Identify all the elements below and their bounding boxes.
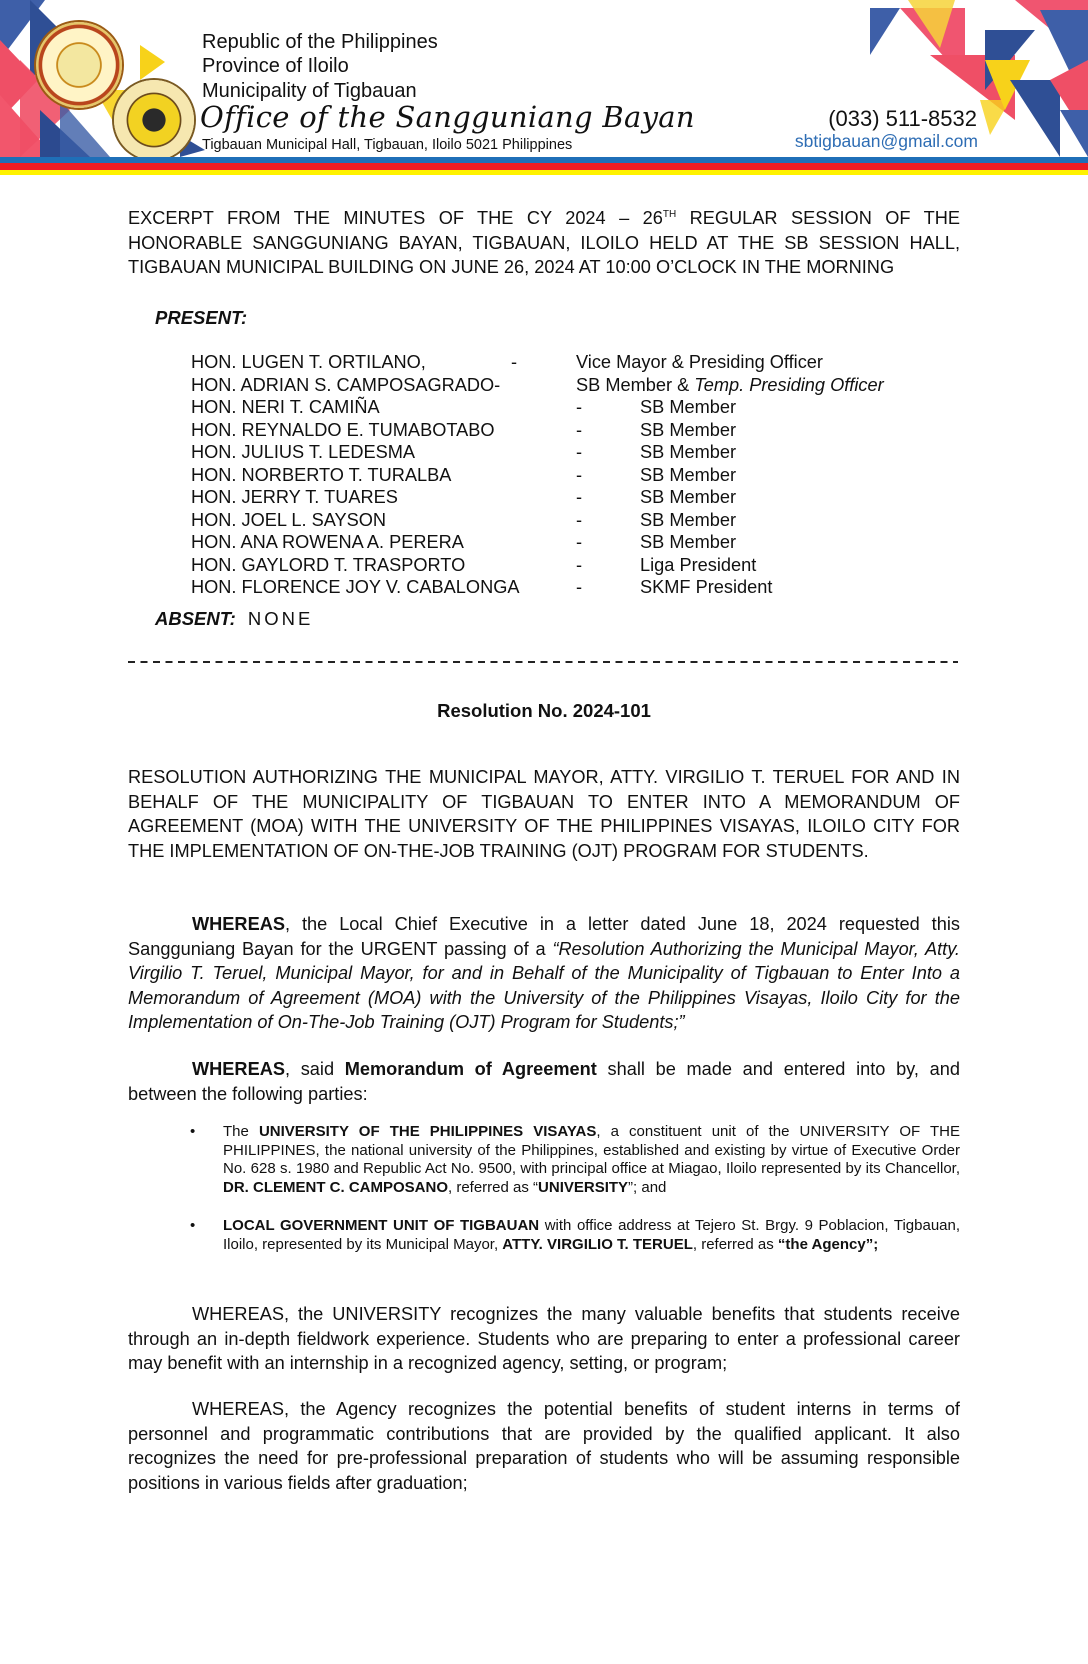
excerpt-text: EXCERPT FROM THE MINUTES OF THE CY 2024 … <box>128 208 663 228</box>
letterhead-province: Province of Iloilo <box>202 55 349 78</box>
roster-row: HON. JOEL L. SAYSON-SB Member <box>191 510 951 533</box>
member-name: HON. ADRIAN S. CAMPOSAGRADO- <box>191 375 500 396</box>
present-label: PRESENT: <box>155 307 247 329</box>
sangguniang-bayan-seal <box>114 80 194 160</box>
member-name: HON. LUGEN T. ORTILANO, <box>191 352 426 373</box>
whereas-clause-4: WHEREAS, the Agency recognizes the poten… <box>128 1397 960 1495</box>
roster-row: HON. ANA ROWENA A. PERERA-SB Member <box>191 532 951 555</box>
member-role: SKMF President <box>640 577 772 598</box>
dash-separator: - <box>576 510 582 531</box>
letterhead-phone: (033) 511-8532 <box>828 106 977 132</box>
member-name: HON. NORBERTO T. TURALBA <box>191 465 451 486</box>
member-name: HON. GAYLORD T. TRASPORTO <box>191 555 465 576</box>
member-role: SB Member & Temp. Presiding Officer <box>576 375 884 396</box>
member-name: HON. FLORENCE JOY V. CABALONGA <box>191 577 519 598</box>
header-band-yellow <box>0 170 1088 175</box>
municipality-seal <box>36 22 122 108</box>
roster-row: HON. JERRY T. TUARES-SB Member <box>191 487 951 510</box>
party-lgu: •LOCAL GOVERNMENT UNIT OF TIGBAUAN with … <box>190 1217 960 1254</box>
whereas-lead: WHEREAS <box>192 1059 285 1079</box>
attendance-roster: HON. LUGEN T. ORTILANO, - Vice Mayor & P… <box>191 352 951 600</box>
roster-row: HON. LUGEN T. ORTILANO, - Vice Mayor & P… <box>191 352 951 375</box>
whereas-lead: WHEREAS <box>192 914 285 934</box>
member-name: HON. ANA ROWENA A. PERERA <box>191 532 464 553</box>
party-text: The <box>223 1123 259 1140</box>
member-role: SB Member <box>640 487 736 508</box>
party-university: •The UNIVERSITY OF THE PHILIPPINES VISAY… <box>190 1123 960 1197</box>
minutes-excerpt-heading: EXCERPT FROM THE MINUTES OF THE CY 2024 … <box>128 203 960 280</box>
member-role: Vice Mayor & Presiding Officer <box>576 352 823 373</box>
dashed-divider <box>128 661 958 663</box>
dash-separator: - <box>576 577 582 598</box>
dash-separator: - <box>576 532 582 553</box>
party-bold: LOCAL GOVERNMENT UNIT OF TIGBAUAN <box>223 1217 539 1234</box>
party-list-item: •The UNIVERSITY OF THE PHILIPPINES VISAY… <box>190 1123 960 1197</box>
member-role: SB Member <box>640 510 736 531</box>
member-role-plain: SB Member & <box>576 375 694 395</box>
resolution-title: RESOLUTION AUTHORIZING THE MUNICIPAL MAY… <box>128 765 960 863</box>
whereas-clause-2: WHEREAS, said Memorandum of Agreement sh… <box>128 1057 960 1106</box>
bullet-icon: • <box>190 1217 195 1236</box>
party-bold: UNIVERSITY <box>538 1179 628 1196</box>
party-text: , referred as <box>693 1236 778 1253</box>
member-role-italic: Temp. Presiding Officer <box>694 375 883 395</box>
letterhead-address: Tigbauan Municipal Hall, Tigbauan, Iloil… <box>202 137 572 153</box>
whereas-text: , said <box>285 1059 345 1079</box>
roster-row: HON. NORBERTO T. TURALBA-SB Member <box>191 465 951 488</box>
resolution-number: Resolution No. 2024-101 <box>0 700 1088 722</box>
member-name: HON. JULIUS T. LEDESMA <box>191 442 415 463</box>
dash-separator: - <box>576 555 582 576</box>
member-name: HON. JERRY T. TUARES <box>191 487 398 508</box>
member-role: SB Member <box>640 532 736 553</box>
party-bold: DR. CLEMENT C. CAMPOSANO <box>223 1179 448 1196</box>
party-list-item: •LOCAL GOVERNMENT UNIT OF TIGBAUAN with … <box>190 1217 960 1254</box>
party-bold: UNIVERSITY OF THE PHILIPPINES VISAYAS <box>259 1123 596 1140</box>
roster-row: HON. JULIUS T. LEDESMA-SB Member <box>191 442 951 465</box>
letterhead: Republic of the Philippines Province of … <box>0 0 1088 175</box>
member-role: SB Member <box>640 420 736 441</box>
roster-row: HON. ADRIAN S. CAMPOSAGRADO- SB Member &… <box>191 375 951 398</box>
member-name: HON. NERI T. CAMIÑA <box>191 397 380 418</box>
member-role: Liga President <box>640 555 756 576</box>
dash-separator: - <box>576 487 582 508</box>
dash-separator: - <box>576 465 582 486</box>
member-name: HON. JOEL L. SAYSON <box>191 510 386 531</box>
whereas-bold: Memorandum of Agreement <box>345 1059 597 1079</box>
header-band-red <box>0 163 1088 170</box>
roster-row: HON. REYNALDO E. TUMABOTABO-SB Member <box>191 420 951 443</box>
whereas-clause-3: WHEREAS, the UNIVERSITY recognizes the m… <box>128 1302 960 1376</box>
party-bold: “the Agency”; <box>778 1236 878 1253</box>
party-bold: ATTY. VIRGILIO T. TERUEL <box>502 1236 693 1253</box>
dash-separator: - <box>576 420 582 441</box>
whereas-clause-1: WHEREAS, the Local Chief Executive in a … <box>128 912 960 1035</box>
party-text: ”; and <box>628 1179 666 1196</box>
absent-label: ABSENT: <box>155 608 236 629</box>
party-text: , referred as “ <box>448 1179 538 1196</box>
ordinal-suffix: TH <box>663 209 676 220</box>
bullet-icon: • <box>190 1123 195 1142</box>
letterhead-republic: Republic of the Philippines <box>202 31 438 54</box>
absent-value: NONE <box>248 608 313 629</box>
member-name: HON. REYNALDO E. TUMABOTABO <box>191 420 495 441</box>
dash-separator: - <box>576 442 582 463</box>
letterhead-email[interactable]: sbtigbauan@gmail.com <box>795 131 978 152</box>
member-role: SB Member <box>640 465 736 486</box>
dash-separator: - <box>511 352 517 373</box>
member-role: SB Member <box>640 442 736 463</box>
letterhead-office-title: Office of the Sangguniang Bayan <box>200 100 695 134</box>
roster-row: HON. NERI T. CAMIÑA-SB Member <box>191 397 951 420</box>
member-role: SB Member <box>640 397 736 418</box>
absent-line: ABSENT:NONE <box>155 608 313 630</box>
roster-row: HON. GAYLORD T. TRASPORTO-Liga President <box>191 555 951 578</box>
roster-row: HON. FLORENCE JOY V. CABALONGA-SKMF Pres… <box>191 577 951 600</box>
dash-separator: - <box>576 397 582 418</box>
